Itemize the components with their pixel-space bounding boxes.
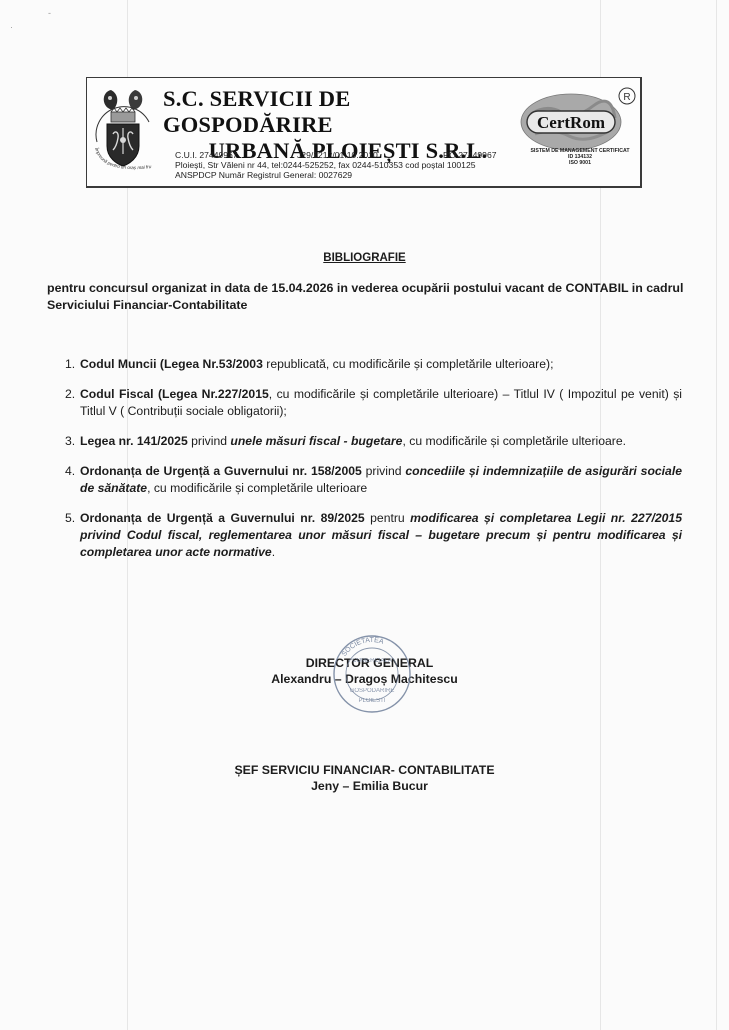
item-number: 2.: [65, 386, 75, 403]
svg-text:PLOIESTI: PLOIESTI: [358, 698, 385, 704]
item-text: , cu modificările și completările ulteri…: [402, 434, 626, 448]
finance-title: ȘEF SERVICIU FINANCIAR- CONTABILITATE: [0, 762, 729, 778]
item-title: Legea nr. 141/2025: [80, 434, 188, 448]
scan-speck: ·: [10, 22, 13, 32]
item-text: .: [272, 545, 275, 559]
item-subject: unele măsuri fiscal - bugetare: [230, 434, 402, 448]
director-title: DIRECTOR GENERAL: [0, 655, 729, 671]
letterhead: Împreună pentru un oraș mai frumos S.C. …: [86, 77, 642, 188]
list-item: 1.Codul Muncii (Legea Nr.53/2003 republi…: [47, 356, 682, 373]
company-address: Ploiești, Str Văleni nr 44, tel:0244-525…: [175, 160, 535, 170]
item-number: 1.: [65, 356, 75, 373]
director-name: Alexandru – Dragoș Machitescu: [0, 671, 729, 687]
document-title: BIBLIOGRAFIE: [0, 252, 729, 264]
scan-speck: -: [48, 8, 51, 18]
item-text: privind: [188, 434, 231, 448]
svg-text:GOSPODARIRE: GOSPODARIRE: [350, 688, 395, 694]
item-number: 4.: [65, 463, 75, 480]
item-text: pentru: [365, 511, 410, 525]
city-crest-icon: Împreună pentru un oraș mai frumos: [91, 82, 163, 182]
svg-text:R: R: [623, 92, 630, 103]
company-details: C.U.I. 27449967 J29/1212/01.10.2010 RO 2…: [175, 150, 535, 180]
cert-standard: ISO 9001: [517, 160, 643, 166]
company-anspdcp: ANSPDCP Număr Registrul General: 0027629: [175, 170, 535, 180]
item-title: Codul Muncii (Legea Nr.53/2003: [80, 357, 263, 371]
company-vat: RO 27449967: [443, 150, 497, 160]
list-item: 5.Ordonanța de Urgență a Guvernului nr. …: [47, 510, 682, 561]
item-title: Ordonanța de Urgență a Guvernului nr. 15…: [80, 464, 362, 478]
item-text: republicată, cu modificările și completă…: [263, 357, 554, 371]
list-item: 2.Codul Fiscal (Legea Nr.227/2015, cu mo…: [47, 386, 682, 420]
item-number: 3.: [65, 433, 75, 450]
certrom-logo-icon: CertRom R: [517, 84, 641, 152]
scan-artifact-line: [716, 0, 717, 1030]
svg-text:CertRom: CertRom: [537, 113, 605, 132]
item-number: 5.: [65, 510, 75, 527]
item-title: Codul Fiscal (Legea Nr.227/2015: [80, 387, 269, 401]
item-text: privind: [362, 464, 406, 478]
director-signature-block: DIRECTOR GENERAL Alexandru – Dragoș Mach…: [0, 655, 729, 687]
bibliography-list: 1.Codul Muncii (Legea Nr.53/2003 republi…: [47, 356, 682, 574]
list-item: 4.Ordonanța de Urgență a Guvernului nr. …: [47, 463, 682, 497]
item-title: Ordonanța de Urgență a Guvernului nr. 89…: [80, 511, 365, 525]
list-item: 3.Legea nr. 141/2025 privind unele măsur…: [47, 433, 682, 450]
company-cui: C.U.I. 27449967: [175, 150, 238, 160]
item-text: , cu modificările și completările ulteri…: [147, 481, 367, 495]
company-name-line1: S.C. SERVICII DE GOSPODĂRIRE: [163, 86, 523, 138]
company-registry: J29/1212/01.10.2010: [297, 150, 378, 160]
certification-caption: SISTEM DE MANAGEMENT CERTIFICAT ID 13413…: [517, 148, 643, 166]
document-intro: pentru concursul organizat in data de 15…: [47, 280, 692, 314]
finance-name: Jeny – Emilia Bucur: [0, 778, 729, 794]
finance-signature-block: ȘEF SERVICIU FINANCIAR- CONTABILITATE Je…: [0, 762, 729, 794]
